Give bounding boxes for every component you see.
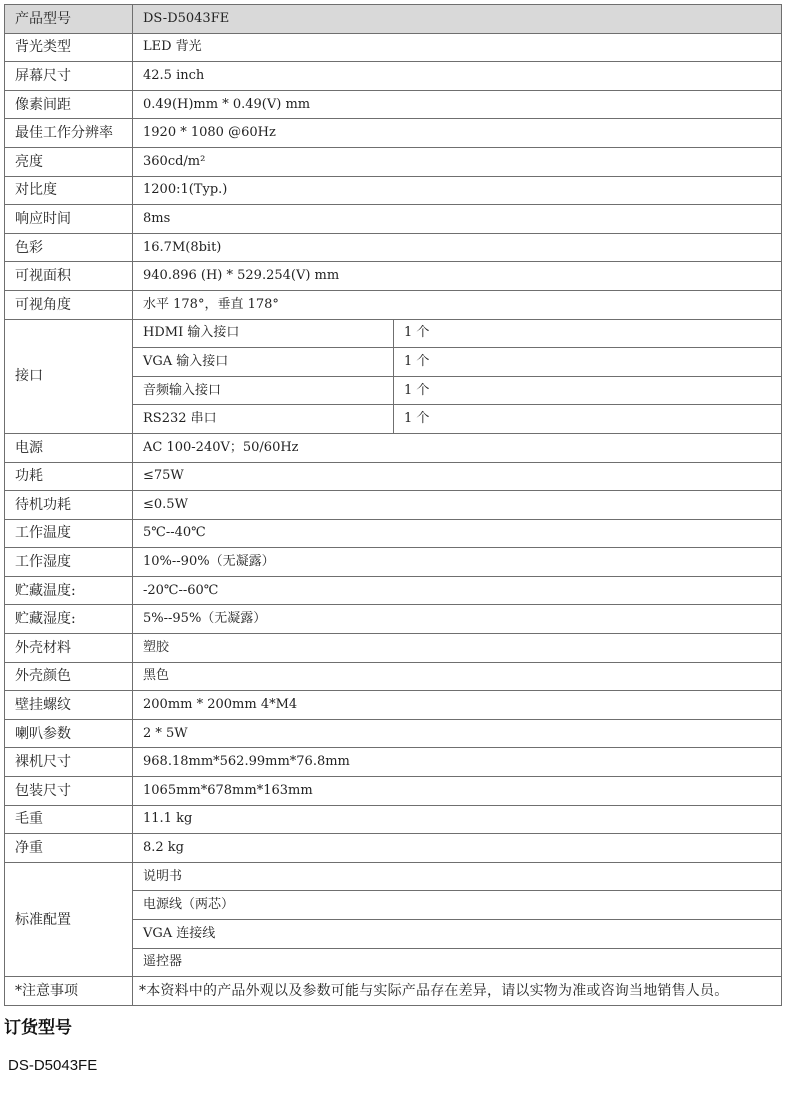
spec-row: 像素间距 0.49(H)mm * 0.49(V) mm [5, 90, 782, 119]
spec-label: 壁挂螺纹 [5, 691, 133, 720]
spec-label: 外壳材料 [5, 634, 133, 663]
spec-label: 像素间距 [5, 90, 133, 119]
spec-row: 贮藏温度: -20℃--60℃ [5, 576, 782, 605]
spec-row: 喇叭参数 2 * 5W [5, 719, 782, 748]
spec-label: 裸机尺寸 [5, 748, 133, 777]
spec-value: 5%--95%（无凝露） [133, 605, 782, 634]
spec-row: 壁挂螺纹 200mm * 200mm 4*M4 [5, 691, 782, 720]
spec-value: 8.2 kg [133, 834, 782, 863]
spec-row: 响应时间 8ms [5, 205, 782, 234]
spec-row: 工作温度 5℃--40℃ [5, 519, 782, 548]
interface-count: 1 个 [394, 376, 782, 405]
spec-row: 功耗 ≤75W [5, 462, 782, 491]
spec-label: 贮藏湿度: [5, 605, 133, 634]
spec-row-model: 产品型号 DS-D5043FE [5, 5, 782, 34]
spec-value: 5℃--40℃ [133, 519, 782, 548]
spec-value: 0.49(H)mm * 0.49(V) mm [133, 90, 782, 119]
spec-label: 待机功耗 [5, 491, 133, 520]
spec-row: 外壳材料 塑胶 [5, 634, 782, 663]
spec-label: 外壳颜色 [5, 662, 133, 691]
spec-value: 11.1 kg [133, 805, 782, 834]
spec-value: ≤0.5W [133, 491, 782, 520]
spec-label: 工作湿度 [5, 548, 133, 577]
spec-label: 功耗 [5, 462, 133, 491]
spec-row: 可视角度 水平 178°，垂直 178° [5, 290, 782, 319]
interface-name: 音频输入接口 [133, 376, 394, 405]
spec-label: 喇叭参数 [5, 719, 133, 748]
order-section-title: 订货型号 [4, 1013, 72, 1038]
spec-row: 包装尺寸 1065mm*678mm*163mm [5, 777, 782, 806]
spec-row: 工作湿度 10%--90%（无凝露） [5, 548, 782, 577]
spec-label: 毛重 [5, 805, 133, 834]
spec-value: 200mm * 200mm 4*M4 [133, 691, 782, 720]
spec-value: 2 * 5W [133, 719, 782, 748]
spec-row: 外壳颜色 黑色 [5, 662, 782, 691]
spec-row: 对比度 1200:1(Typ.) [5, 176, 782, 205]
spec-value: AC 100-240V；50/60Hz [133, 433, 782, 462]
spec-label: 工作温度 [5, 519, 133, 548]
order-model-number: DS-D5043FE [8, 1057, 97, 1074]
spec-value: 1920 * 1080 @60Hz [133, 119, 782, 148]
spec-value: -20℃--60℃ [133, 576, 782, 605]
spec-table: 产品型号 DS-D5043FE 背光类型 LED 背光 屏幕尺寸 42.5 in… [4, 4, 782, 1006]
accessories-label: 标准配置 [5, 862, 133, 976]
spec-label: 亮度 [5, 147, 133, 176]
spec-label: 净重 [5, 834, 133, 863]
spec-label: 响应时间 [5, 205, 133, 234]
spec-label: 产品型号 [5, 5, 133, 34]
spec-label: 包装尺寸 [5, 777, 133, 806]
spec-label: 最佳工作分辨率 [5, 119, 133, 148]
note-value: *本资料中的产品外观以及参数可能与实际产品存在差异，请以实物为准或咨询当地销售人… [133, 977, 782, 1006]
spec-value: 1065mm*678mm*163mm [133, 777, 782, 806]
interface-count: 1 个 [394, 348, 782, 377]
spec-label: 屏幕尺寸 [5, 62, 133, 91]
spec-value: 塑胶 [133, 634, 782, 663]
spec-value: ≤75W [133, 462, 782, 491]
spec-row: 背光类型 LED 背光 [5, 33, 782, 62]
spec-value: 水平 178°，垂直 178° [133, 290, 782, 319]
accessory-item: 电源线（两芯） [133, 891, 782, 920]
spec-label: 电源 [5, 433, 133, 462]
spec-row: 色彩 16.7M(8bit) [5, 233, 782, 262]
interface-name: HDMI 输入接口 [133, 319, 394, 348]
spec-value: 940.896 (H) * 529.254(V) mm [133, 262, 782, 291]
spec-label: 色彩 [5, 233, 133, 262]
accessory-item: VGA 连接线 [133, 920, 782, 949]
note-row: *注意事项 *本资料中的产品外观以及参数可能与实际产品存在差异，请以实物为准或咨… [5, 977, 782, 1006]
interface-row: 接口 HDMI 输入接口 1 个 [5, 319, 782, 348]
interface-name: RS232 串口 [133, 405, 394, 434]
accessory-item: 遥控器 [133, 948, 782, 977]
spec-value: 10%--90%（无凝露） [133, 548, 782, 577]
spec-row: 屏幕尺寸 42.5 inch [5, 62, 782, 91]
interface-name: VGA 输入接口 [133, 348, 394, 377]
spec-value: 16.7M(8bit) [133, 233, 782, 262]
spec-row: 最佳工作分辨率 1920 * 1080 @60Hz [5, 119, 782, 148]
spec-row: 待机功耗 ≤0.5W [5, 491, 782, 520]
spec-value: 968.18mm*562.99mm*76.8mm [133, 748, 782, 777]
interface-count: 1 个 [394, 319, 782, 348]
spec-row: 贮藏湿度: 5%--95%（无凝露） [5, 605, 782, 634]
spec-row: 裸机尺寸 968.18mm*562.99mm*76.8mm [5, 748, 782, 777]
accessory-item: 说明书 [133, 862, 782, 891]
spec-value: LED 背光 [133, 33, 782, 62]
spec-value: 1200:1(Typ.) [133, 176, 782, 205]
spec-value: 8ms [133, 205, 782, 234]
interface-label: 接口 [5, 319, 133, 433]
spec-row: 可视面积 940.896 (H) * 529.254(V) mm [5, 262, 782, 291]
spec-label: 可视面积 [5, 262, 133, 291]
spec-row: 亮度 360cd/m² [5, 147, 782, 176]
note-label: *注意事项 [5, 977, 133, 1006]
spec-value: 黑色 [133, 662, 782, 691]
spec-value: 360cd/m² [133, 147, 782, 176]
spec-row: 净重 8.2 kg [5, 834, 782, 863]
spec-value: 42.5 inch [133, 62, 782, 91]
spec-label: 可视角度 [5, 290, 133, 319]
spec-label: 背光类型 [5, 33, 133, 62]
interface-count: 1 个 [394, 405, 782, 434]
spec-label: 贮藏温度: [5, 576, 133, 605]
spec-row: 毛重 11.1 kg [5, 805, 782, 834]
spec-label: 对比度 [5, 176, 133, 205]
spec-row: 电源 AC 100-240V；50/60Hz [5, 433, 782, 462]
spec-value: DS-D5043FE [133, 5, 782, 34]
accessory-row: 标准配置 说明书 [5, 862, 782, 891]
